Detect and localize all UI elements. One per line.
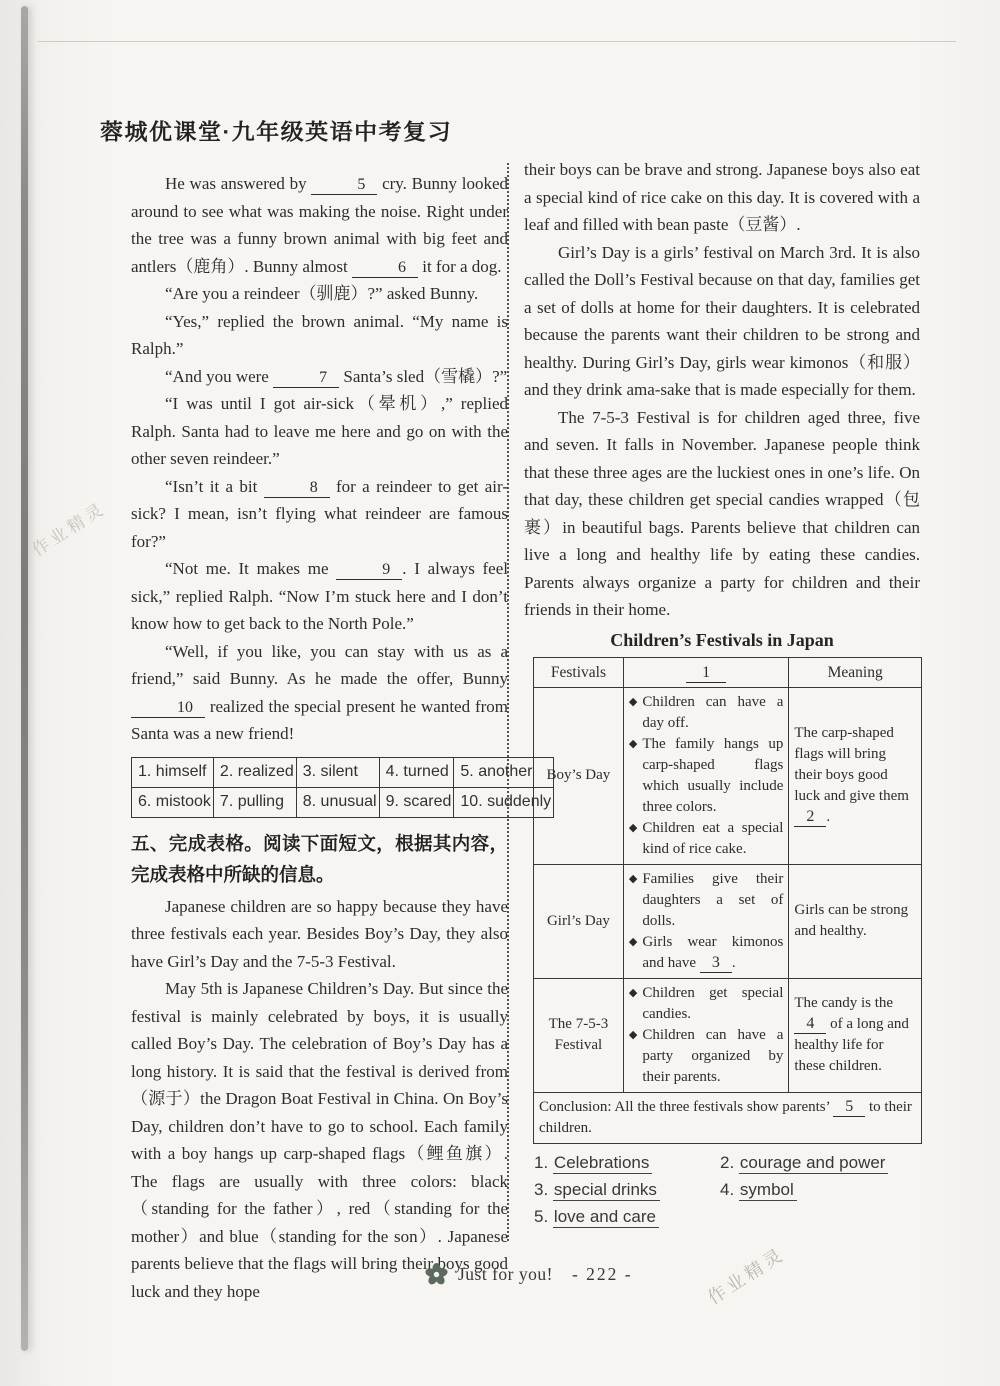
answer-cell: 4. turned (379, 757, 454, 787)
fill-in-blank: 1 (686, 663, 726, 683)
bullet-text: Girls wear kimonos and have 3. (642, 932, 783, 974)
conclusion-row: Conclusion: All the three festivals show… (534, 1092, 922, 1143)
section-heading: 五、完成表格。阅读下面短文，根据其内容，完成表格中所缺的信息。 (131, 828, 508, 890)
festival-meaning: Girls can be strong and healthy. (789, 864, 922, 978)
passage-paragraph: The 7-5-3 Festival is for children aged … (524, 404, 920, 624)
answer-number: 2. (720, 1153, 734, 1172)
bullet-item: ◆ Families give their daughters a set of… (629, 869, 784, 932)
written-answer-4: 4. symbol (720, 1179, 888, 1201)
festival-name: Boy’s Day (534, 687, 624, 864)
written-answer-2: 2. courage and power (720, 1152, 888, 1174)
festival-name: Girl’s Day (534, 864, 624, 978)
answer-text: courage and power (739, 1153, 889, 1174)
watermark-text: 作业精灵 (702, 1240, 790, 1310)
diamond-bullet-icon: ◆ (629, 869, 637, 932)
table-row: 6. mistook 7. pulling 8. unusual 9. scar… (132, 787, 554, 817)
answer-text: love and care (553, 1207, 659, 1228)
answer-text: special drinks (553, 1180, 660, 1201)
page-number: - 222 - (572, 1264, 633, 1285)
answer-text: Celebrations (553, 1153, 652, 1174)
passage-paragraph: Girl’s Day is a girls’ festival on March… (524, 239, 920, 404)
diamond-bullet-icon: ◆ (629, 734, 637, 818)
written-answer-3: 3. special drinks (534, 1179, 720, 1201)
header-cell-meaning: Meaning (789, 657, 922, 687)
festival-bullets: ◆ Children can have a day off. ◆ The fam… (623, 687, 789, 864)
story-paragraph: “I was until I got air-sick（晕机）,” replie… (131, 390, 508, 473)
fill-in-blank: 9 (336, 560, 402, 580)
festival-bullets: ◆ Children get special candies. ◆ Childr… (623, 978, 789, 1092)
festival-row-boys-day: Boy’s Day ◆ Children can have a day off.… (534, 687, 922, 864)
fill-in-blank: 5 (833, 1097, 865, 1117)
bullet-text: Children can have a day off. (642, 692, 783, 734)
conclusion-text: Conclusion: All the three festivals show… (534, 1092, 922, 1143)
bullet-item: ◆ The family hangs up carp-shaped flags … (629, 734, 784, 818)
scanned-textbook-page: 蓉城优课堂·九年级英语中考复习 He was answered by 5 cry… (0, 0, 1000, 1386)
answer-cell: 3. silent (296, 757, 379, 787)
festival-bullets: ◆ Families give their daughters a set of… (623, 864, 789, 978)
diamond-bullet-icon: ◆ (629, 818, 637, 860)
answer-text: symbol (739, 1180, 797, 1201)
diamond-bullet-icon: ◆ (629, 983, 637, 1025)
written-answer-5: 5. love and care (534, 1206, 720, 1228)
bullet-item: ◆ Children can have a day off. (629, 692, 784, 734)
footer-brand-text: Just for you! (458, 1264, 553, 1285)
brand-flower-icon (424, 1262, 449, 1287)
bullet-text: Children eat a special kind of rice cake… (642, 818, 783, 860)
festival-row-girls-day: Girl’s Day ◆ Families give their daughte… (534, 864, 922, 978)
festival-name: The 7-5-3 Festival (534, 978, 624, 1092)
bullet-text: The family hangs up carp-shaped flags wh… (642, 734, 783, 818)
bullet-text: Families give their daughters a set of d… (642, 869, 783, 932)
answer-cell: 1. himself (132, 757, 214, 787)
header-cell-blank-1: 1 (623, 657, 789, 687)
story-paragraph: He was answered by 5 cry. Bunny looked a… (131, 170, 508, 280)
festival-table: Festivals 1 Meaning Boy’s Day ◆ Children… (533, 657, 922, 1144)
fill-in-blank: 5 (311, 175, 377, 195)
bullet-text: Children get special candies. (642, 983, 783, 1025)
bullet-item: ◆ Children get special candies. (629, 983, 784, 1025)
festival-meaning: The carp-shaped flags will bring their b… (789, 687, 922, 864)
answer-cell: 9. scared (379, 787, 454, 817)
top-rule-line (38, 41, 956, 42)
answer-number: 1. (534, 1153, 548, 1172)
bullet-item: ◆ Children can have a party organized by… (629, 1025, 784, 1088)
answer-cell: 2. realized (213, 757, 296, 787)
diamond-bullet-icon: ◆ (629, 932, 637, 974)
festival-table-title: Children’s Festivals in Japan (524, 628, 920, 652)
story-paragraph: “Isn’t it a bit 8 for a reindeer to get … (131, 473, 508, 556)
right-column: their boys can be brave and strong. Japa… (524, 156, 920, 1228)
festival-table-header-row: Festivals 1 Meaning (534, 657, 922, 687)
bullet-item: ◆ Children eat a special kind of rice ca… (629, 818, 784, 860)
fill-in-blank: 2 (794, 807, 826, 827)
story-paragraph: “Not me. It makes me 9. I always feel si… (131, 555, 508, 638)
passage-paragraph: Japanese children are so happy because t… (131, 893, 508, 976)
answer-number: 5. (534, 1207, 548, 1226)
diamond-bullet-icon: ◆ (629, 1025, 637, 1088)
story-paragraph: “Yes,” replied the brown animal. “My nam… (131, 308, 508, 363)
answer-cell: 6. mistook (132, 787, 214, 817)
story-paragraph: “Well, if you like, you can stay with us… (131, 638, 508, 748)
cloze-answer-key-table: 1. himself 2. realized 3. silent 4. turn… (131, 757, 554, 818)
story-paragraph: “And you were 7 Santa’s sled（雪橇）?” (131, 363, 508, 391)
answer-cell: 7. pulling (213, 787, 296, 817)
bullet-text: Children can have a party organized by t… (642, 1025, 783, 1088)
fill-in-blank: 3 (700, 953, 732, 973)
book-spine-shadow (21, 6, 28, 1351)
diamond-bullet-icon: ◆ (629, 692, 637, 734)
header-cell-festivals: Festivals (534, 657, 624, 687)
fill-in-blank: 10 (131, 698, 205, 718)
fill-in-blank: 7 (273, 368, 339, 388)
answer-number: 3. (534, 1180, 548, 1199)
handwritten-answers: 1. Celebrations 2. courage and power 3. … (534, 1152, 920, 1228)
passage-paragraph: May 5th is Japanese Children’s Day. But … (131, 975, 508, 1305)
answer-number: 4. (720, 1180, 734, 1199)
festival-meaning: The candy is the 4 of a long and healthy… (789, 978, 922, 1092)
fill-in-blank: 6 (352, 258, 418, 278)
table-row: 1. himself 2. realized 3. silent 4. turn… (132, 757, 554, 787)
answer-cell: 8. unusual (296, 787, 379, 817)
page-footer: Just for you! - 222 - (424, 1262, 633, 1287)
page-header-title: 蓉城优课堂·九年级英语中考复习 (100, 115, 452, 147)
passage-paragraph: their boys can be brave and strong. Japa… (524, 156, 920, 239)
story-paragraph: “Are you a reindeer（驯鹿）?” asked Bunny. (131, 280, 508, 308)
watermark-text: 作业精灵 (26, 494, 110, 561)
fill-in-blank: 4 (794, 1014, 826, 1034)
fill-in-blank: 8 (264, 478, 330, 498)
festival-row-753: The 7-5-3 Festival ◆ Children get specia… (534, 978, 922, 1092)
bullet-item: ◆ Girls wear kimonos and have 3. (629, 932, 784, 974)
left-column: He was answered by 5 cry. Bunny looked a… (131, 170, 508, 1305)
written-answer-1: 1. Celebrations (534, 1152, 720, 1174)
